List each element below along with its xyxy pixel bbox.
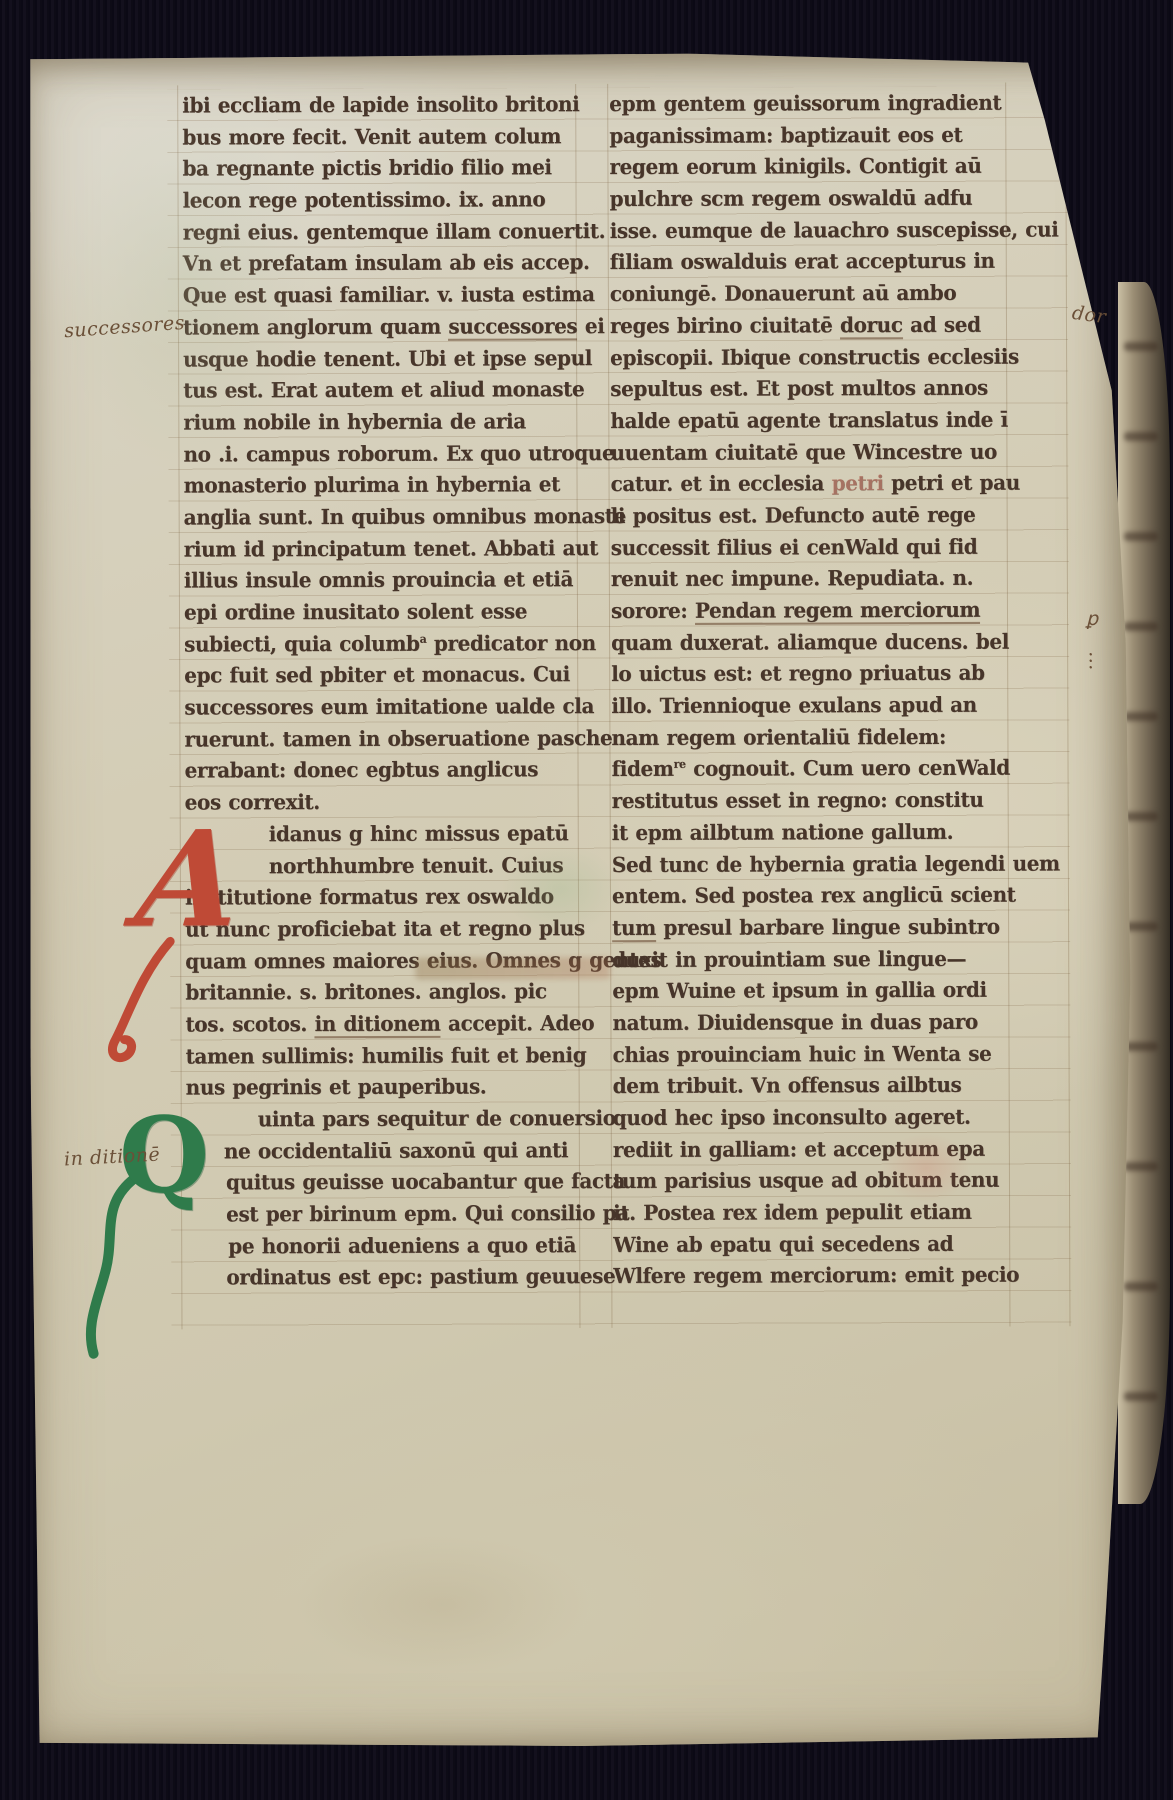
text-segment: nam regem orientaliū fidelem: bbox=[611, 724, 946, 750]
text-line: paganissimam: baptizauit eos et bbox=[609, 122, 1011, 156]
text-line: tos. scotos. in ditionem accepit. Adeo bbox=[185, 1010, 587, 1044]
text-segment: rium id principatum tenet. Abbati aut bbox=[184, 535, 598, 561]
text-line: filiam oswalduis erat accepturus in bbox=[610, 248, 1012, 282]
text-line: epi ordine inusitato solent esse bbox=[184, 598, 586, 632]
text-line: coniungē. Donauerunt aū ambo bbox=[610, 280, 1012, 314]
text-segment: chias prouinciam huic in Wenta se bbox=[612, 1041, 991, 1067]
text-segment: lo uictus est: et regno priuatus ab bbox=[611, 660, 984, 686]
text-segment: est per birinum epm. Qui consilio pa bbox=[226, 1200, 629, 1226]
text-segment: li positus est. Defuncto autē rege bbox=[611, 502, 976, 528]
margin-mark-p: ꝑ bbox=[1086, 608, 1099, 630]
edge-text-blur bbox=[1124, 532, 1158, 541]
text-segment: Wlfere regem merciorum: emit pecio bbox=[613, 1262, 1019, 1288]
text-segment: ordinatus est epc: pastium geuuese bbox=[226, 1264, 615, 1290]
text-line: ruerunt. tamen in obseruatione pasche bbox=[184, 725, 586, 759]
text-segment: pe honorii adueniens a quo etiā bbox=[228, 1232, 576, 1258]
text-segment: ruerunt. tamen in obseruatione pasche bbox=[184, 725, 612, 751]
text-segment: quam duxerat. aliamque ducens. bel bbox=[611, 629, 1009, 655]
text-line: illius insule omnis prouincia et etiā bbox=[184, 567, 586, 601]
text-line: successores eum imitatione ualde cla bbox=[184, 693, 586, 727]
text-line: episcopii. Ibique constructis ecclesiis bbox=[610, 343, 1012, 377]
text-line: reges birino ciuitatē doruc ad sed bbox=[610, 312, 1012, 346]
text-line: chias prouinciam huic in Wenta se bbox=[612, 1040, 1014, 1074]
text-segment: duxit in prouintiam sue lingue— bbox=[612, 946, 966, 972]
text-segment: institutione formatus rex oswaldo bbox=[185, 884, 554, 910]
text-segment: epm gentem geuissorum ingradient bbox=[609, 90, 1001, 116]
edge-text-blur bbox=[1124, 1162, 1158, 1171]
text-line: monasterio plurima in hybernia et bbox=[184, 472, 586, 506]
text-segment: entem. Sed postea rex anglicū scient bbox=[612, 882, 1016, 908]
edge-text-blur bbox=[1124, 342, 1158, 351]
text-line: dem tribuit. Vn offensus ailbtus bbox=[613, 1072, 1015, 1106]
text-line: tamen sullimis: humilis fuit et benig bbox=[185, 1042, 587, 1076]
text-segment: uuentam ciuitatē que Wincestre uo bbox=[610, 438, 997, 464]
text-segment: tum bbox=[612, 915, 656, 942]
text-line: halde epatū agente translatus inde ī bbox=[610, 407, 1012, 441]
text-segment: subiecti, quia columb bbox=[184, 631, 420, 657]
text-line: sorore: Pendan regem merciorum bbox=[611, 597, 1013, 631]
text-segment: tamen sullimis: humilis fuit et benig bbox=[185, 1042, 586, 1068]
text-line: subiecti, quia columba predicator non bbox=[184, 630, 586, 664]
text-line: epc fuit sed pbiter et monacus. Cui bbox=[184, 662, 586, 696]
text-segment: monasterio plurima in hybernia et bbox=[184, 472, 560, 498]
text-segment: reges birino ciuitatē bbox=[610, 312, 840, 338]
text-line: quitus geuisse uocabantur que facta bbox=[186, 1169, 588, 1203]
text-segment: paganissimam: baptizauit eos et bbox=[609, 122, 962, 148]
text-segment: natum. Diuidensque in duas paro bbox=[612, 1009, 977, 1035]
text-line: tum presul barbare lingue subintro bbox=[612, 914, 1014, 948]
text-segment: sepultus est. Et post multos annos bbox=[610, 375, 988, 401]
text-line: uinta pars sequitur de conuersio bbox=[186, 1105, 588, 1139]
text-segment: ne occidentaliū saxonū qui anti bbox=[224, 1137, 568, 1163]
text-segment: successit filius ei cenWald qui fid bbox=[611, 534, 978, 560]
text-line: it epm ailbtum natione gallum. bbox=[612, 819, 1014, 853]
text-segment: renuit nec impune. Repudiata. n. bbox=[611, 565, 973, 591]
text-line: Wine ab epatu qui secedens ad bbox=[613, 1231, 1015, 1265]
text-segment: it epm ailbtum natione gallum. bbox=[612, 819, 953, 845]
text-line: catur. et in ecclesia petri petri et pau bbox=[611, 470, 1013, 504]
text-segment: fidem bbox=[611, 756, 673, 781]
text-line: est per birinum epm. Qui consilio pa bbox=[186, 1200, 588, 1234]
text-line: britannie. s. britones. anglos. pic bbox=[185, 979, 587, 1013]
text-segment: Pendan regem merciorum bbox=[695, 597, 980, 625]
edge-text-blur bbox=[1124, 1282, 1158, 1291]
text-segment: illius insule omnis prouincia et etiā bbox=[184, 567, 573, 593]
text-line: li positus est. Defuncto autē rege bbox=[611, 502, 1013, 536]
text-line: Sed tunc de hybernia gratia legendi uem bbox=[612, 850, 1014, 884]
text-segment: coniungē. Donauerunt aū ambo bbox=[610, 280, 956, 306]
text-line: epm gentem geuissorum ingradient bbox=[609, 90, 1011, 124]
text-line: nus pegrinis et pauperibus. bbox=[186, 1074, 588, 1108]
edge-text-blur bbox=[1124, 1042, 1158, 1051]
text-line: anglia sunt. In quibus omnibus monaste bbox=[184, 503, 586, 537]
text-segment: quod hec ipso inconsulto ageret. bbox=[613, 1104, 971, 1130]
text-segment: catur. et in ecclesia bbox=[611, 471, 832, 497]
text-segment: Sed tunc de hybernia gratia legendi uem bbox=[612, 850, 1060, 877]
margin-mark-dots: ··· bbox=[1079, 651, 1101, 671]
column-right: epm gentem geuissorum ingradientpaganiss… bbox=[609, 90, 1015, 1296]
foxing-stain bbox=[292, 1534, 592, 1675]
erased-rubric-ghost bbox=[415, 957, 610, 980]
text-segment: nus pegrinis et pauperibus. bbox=[186, 1074, 487, 1100]
text-segment: ad sed bbox=[903, 312, 981, 337]
text-segment: epi ordine inusitato solent esse bbox=[184, 599, 527, 625]
text-segment: presul barbare lingue subintro bbox=[656, 914, 1000, 940]
red-smudge-stain bbox=[881, 1133, 971, 1203]
text-segment: episcopii. Ibique constructis ecclesiis bbox=[610, 343, 1019, 369]
text-segment: isse. eumque de lauachro suscepisse, cui bbox=[610, 216, 1059, 243]
text-line: quod hec ipso inconsulto ageret. bbox=[613, 1104, 1015, 1138]
text-line: ne occidentaliū saxonū qui anti bbox=[186, 1137, 588, 1171]
text-segment: regem eorum kinigils. Contigit aū bbox=[609, 153, 981, 179]
text-segment: epc fuit sed pbiter et monacus. Cui bbox=[184, 662, 570, 688]
green-tint-stain bbox=[500, 844, 620, 934]
text-segment: uinta pars sequitur de conuersio bbox=[258, 1105, 616, 1131]
text-segment: errabant: donec egbtus anglicus bbox=[185, 757, 539, 783]
edge-text-blur bbox=[1124, 622, 1158, 631]
text-line: it. Postea rex idem pepulit etiam bbox=[613, 1199, 1015, 1233]
text-line: isse. eumque de lauachro suscepisse, cui bbox=[610, 217, 1012, 251]
text-segment: illo. Triennioque exulans apud an bbox=[611, 692, 977, 718]
text-segment: Wine ab epatu qui secedens ad bbox=[613, 1231, 953, 1257]
text-line: quam duxerat. aliamque ducens. bel bbox=[611, 629, 1013, 663]
initial-a-red: A bbox=[133, 827, 246, 933]
text-line: entem. Sed postea rex anglicū scient bbox=[612, 882, 1014, 916]
edge-text-blur bbox=[1124, 1392, 1158, 1401]
text-segment: filiam oswalduis erat accepturus in bbox=[610, 248, 995, 274]
text-segment: tos. scotos. bbox=[185, 1011, 314, 1036]
margin-note-dor: dor bbox=[1071, 302, 1108, 329]
text-segment: anglia sunt. In quibus omnibus monaste bbox=[184, 503, 626, 530]
text-line: uuentam ciuitatē que Wincestre uo bbox=[610, 438, 1012, 472]
text-segment: restitutus esset in regno: constitu bbox=[612, 787, 984, 813]
text-segment: it. Postea rex idem pepulit etiam bbox=[613, 1199, 972, 1225]
text-line: fidemre cognouit. Cum uero cenWald bbox=[611, 755, 1013, 789]
text-segment: epm Wuine et ipsum in gallia ordi bbox=[612, 977, 986, 1003]
text-segment: in ditionem bbox=[314, 1011, 440, 1038]
text-line: restitutus esset in regno: constitu bbox=[612, 787, 1014, 821]
green-tint-stain bbox=[57, 95, 318, 476]
text-line: regem eorum kinigils. Contigit aū bbox=[609, 153, 1011, 187]
text-segment: britannie. s. britones. anglos. pic bbox=[185, 979, 546, 1005]
edge-text-blur bbox=[1124, 812, 1158, 821]
text-segment: doruc bbox=[840, 312, 903, 339]
text-segment: halde epatū agente translatus inde ī bbox=[610, 407, 1008, 433]
text-segment: idanus g hinc missus epatū bbox=[269, 820, 569, 846]
text-segment: cognouit. Cum uero cenWald bbox=[686, 755, 1010, 781]
text-segment: successores eum imitatione ualde cla bbox=[184, 693, 594, 719]
text-segment: dem tribuit. Vn offensus ailbtus bbox=[613, 1072, 962, 1098]
text-segment: accepit. Adeo bbox=[440, 1010, 594, 1035]
text-segment: petri bbox=[831, 471, 883, 496]
text-line: pe honorii adueniens a quo etiā bbox=[186, 1232, 588, 1266]
text-line: sepultus est. Et post multos annos bbox=[610, 375, 1012, 409]
text-line: illo. Triennioque exulans apud an bbox=[611, 692, 1013, 726]
text-line: epm Wuine et ipsum in gallia ordi bbox=[612, 977, 1014, 1011]
text-line: nam regem orientaliū fidelem: bbox=[611, 724, 1013, 758]
text-segment: successores bbox=[448, 313, 577, 340]
text-segment: pulchre scm regem oswaldū adfu bbox=[610, 185, 973, 211]
text-line: renuit nec impune. Repudiata. n. bbox=[611, 565, 1013, 599]
text-segment: sorore: bbox=[611, 598, 695, 623]
text-segment: re bbox=[674, 758, 686, 772]
text-line: successit filius ei cenWald qui fid bbox=[611, 533, 1013, 567]
text-line: errabant: donec egbtus anglicus bbox=[185, 757, 587, 791]
text-segment: predicator non bbox=[426, 630, 596, 656]
text-line: duxit in prouintiam sue lingue— bbox=[612, 945, 1014, 979]
text-line: rium id principatum tenet. Abbati aut bbox=[184, 535, 586, 569]
text-line: natum. Diuidensque in duas paro bbox=[612, 1009, 1014, 1043]
text-segment: petri et pau bbox=[884, 470, 1020, 495]
text-segment: ei bbox=[577, 313, 604, 338]
text-segment: quitus geuisse uocabantur que facta bbox=[226, 1169, 625, 1195]
text-line: lo uictus est: et regno priuatus ab bbox=[611, 660, 1013, 694]
text-line: ordinatus est epc: pastium geuuese bbox=[186, 1264, 588, 1298]
manuscript-leaf: ibi eccliam de lapide insolito britonibu… bbox=[27, 52, 1133, 1748]
edge-text-blur bbox=[1124, 712, 1158, 721]
text-line: pulchre scm regem oswaldū adfu bbox=[610, 185, 1012, 219]
text-line: Wlfere regem merciorum: emit pecio bbox=[613, 1262, 1015, 1296]
edge-text-blur bbox=[1124, 432, 1158, 441]
